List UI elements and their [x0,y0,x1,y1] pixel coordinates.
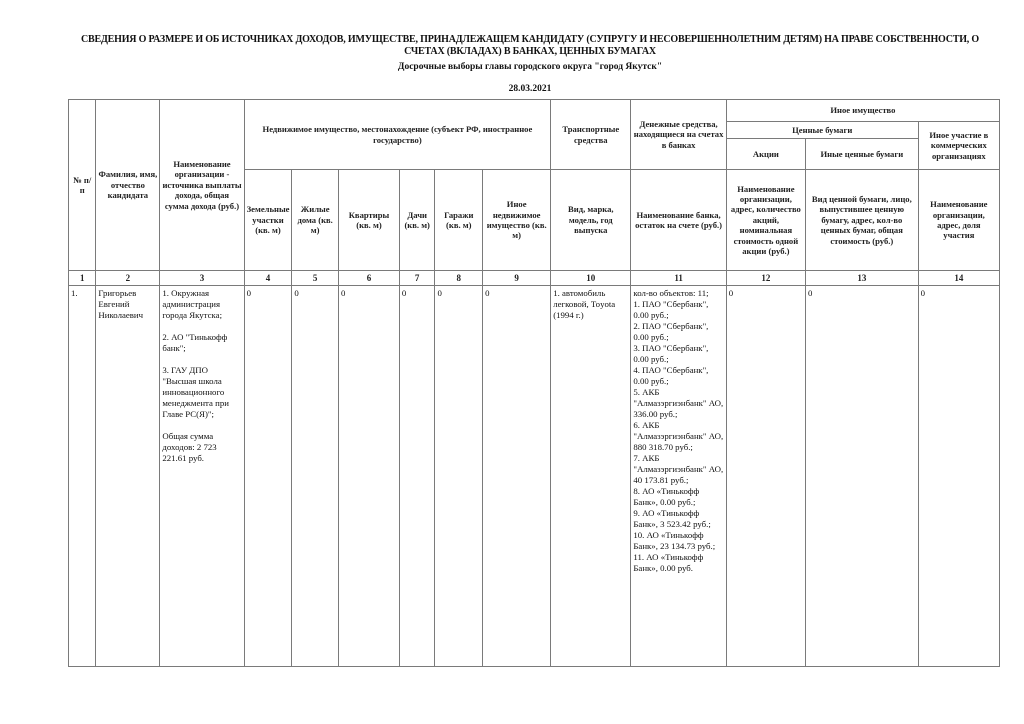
cell-shares: 0 [726,286,805,667]
header-commercial: Наименование организации, адрес, доля уч… [918,170,999,271]
cell-houses: 0 [292,286,339,667]
cell-garages: 0 [435,286,483,667]
header-securities-group: Ценные бумаги [726,122,918,139]
header-other-securities: Вид ценной бумаги, лицо, выпустившее цен… [805,170,918,271]
header-name: Фамилия, имя, отчество кандидата [96,100,160,271]
header-houses: Жилые дома (кв. м) [292,170,339,271]
header-commercial-group: Иное участие в коммерческих организациях [918,122,999,170]
header-realty-group: Недвижимое имущество, местонахождение (с… [244,100,551,170]
column-number: 8 [435,271,483,286]
document-title: СВЕДЕНИЯ О РАЗМЕРЕ И ОБ ИСТОЧНИКАХ ДОХОД… [60,34,1000,58]
header-transport: Вид, марка, модель, год выпуска [551,170,631,271]
header-income: Наименование организации - источника вып… [160,100,244,271]
header-money: Наименование банка, остаток на счете (ру… [631,170,726,271]
column-number-row: 1234567891011121314 [69,271,1000,286]
cell-other-realty: 0 [483,286,551,667]
column-number: 13 [805,271,918,286]
column-number: 4 [244,271,292,286]
cell-income: 1. Окружная администрация города Якутска… [160,286,244,667]
column-number: 14 [918,271,999,286]
income-source: 3. ГАУ ДПО "Высшая школа инновационного … [162,365,241,420]
bank-account: 3. ПАО "Сбербанк", 0.00 руб.; [633,343,723,365]
header-money-group: Денежные средства, находящиеся на счетах… [631,100,726,170]
document-date: 28.03.2021 [60,84,1000,94]
bank-account: 2. ПАО "Сбербанк", 0.00 руб.; [633,321,723,343]
column-number: 11 [631,271,726,286]
cell-transport: 1. автомобиль легковой, Toyota (1994 г.) [551,286,631,667]
header-shares-group: Акции [726,139,805,170]
table-row: 1. Григорьев Евгений Николаевич 1. Окруж… [69,286,1000,667]
header-land: Земельные участки (кв. м) [244,170,292,271]
income-source: 1. Окружная администрация города Якутска… [162,288,241,321]
cell-apartments: 0 [339,286,400,667]
column-number: 3 [160,271,244,286]
column-number: 5 [292,271,339,286]
header-other-realty: Иное недвижимое имущество (кв. м) [483,170,551,271]
header-other-securities-group: Иные ценные бумаги [805,139,918,170]
header-transport-group: Транспортные средства [551,100,631,170]
column-number: 2 [96,271,160,286]
column-number: 9 [483,271,551,286]
header-num: № п/п [69,100,96,271]
bank-account: 6. АКБ "Алмазэргиэнбанк" АО, 880 318.70 … [633,420,723,453]
column-number: 6 [339,271,400,286]
bank-account: 8. АО «Тинькофф Банк», 0.00 руб.; [633,486,723,508]
bank-account: кол-во объектов: 11; [633,288,723,299]
header-dachas: Дачи (кв. м) [399,170,435,271]
column-number: 12 [726,271,805,286]
bank-account: 11. АО «Тинькофф Банк», 0.00 руб. [633,552,723,574]
bank-account: 1. ПАО "Сбербанк", 0.00 руб.; [633,299,723,321]
declaration-table: № п/п Фамилия, имя, отчество кандидата Н… [68,99,1000,667]
column-number: 10 [551,271,631,286]
header-shares: Наименование организации, адрес, количес… [726,170,805,271]
income-source: 2. АО "Тинькофф банк"; [162,332,241,354]
cell-dachas: 0 [399,286,435,667]
cell-name: Григорьев Евгений Николаевич [96,286,160,667]
cell-commercial: 0 [918,286,999,667]
bank-account: 7. АКБ "Алмазэргиэнбанк" АО, 40 173.81 р… [633,453,723,486]
cell-other-securities: 0 [805,286,918,667]
header-other-property-group: Иное имущество [726,100,999,122]
bank-account: 10. АО «Тинькофф Банк», 23 134.73 руб.; [633,530,723,552]
column-number: 7 [399,271,435,286]
document-subtitle: Досрочные выборы главы городского округа… [60,62,1000,72]
header-apartments: Квартиры (кв. м) [339,170,400,271]
header-garages: Гаражи (кв. м) [435,170,483,271]
cell-num: 1. [69,286,96,667]
cell-money: кол-во объектов: 11;1. ПАО "Сбербанк", 0… [631,286,726,667]
bank-account: 5. АКБ "Алмазэргиэнбанк" АО, 336.00 руб.… [633,387,723,420]
bank-account: 9. АО «Тинькофф Банк», 3 523.42 руб.; [633,508,723,530]
column-number: 1 [69,271,96,286]
cell-land: 0 [244,286,292,667]
bank-account: 4. ПАО "Сбербанк", 0.00 руб.; [633,365,723,387]
income-source: Общая сумма доходов: 2 723 221.61 руб. [162,431,241,464]
